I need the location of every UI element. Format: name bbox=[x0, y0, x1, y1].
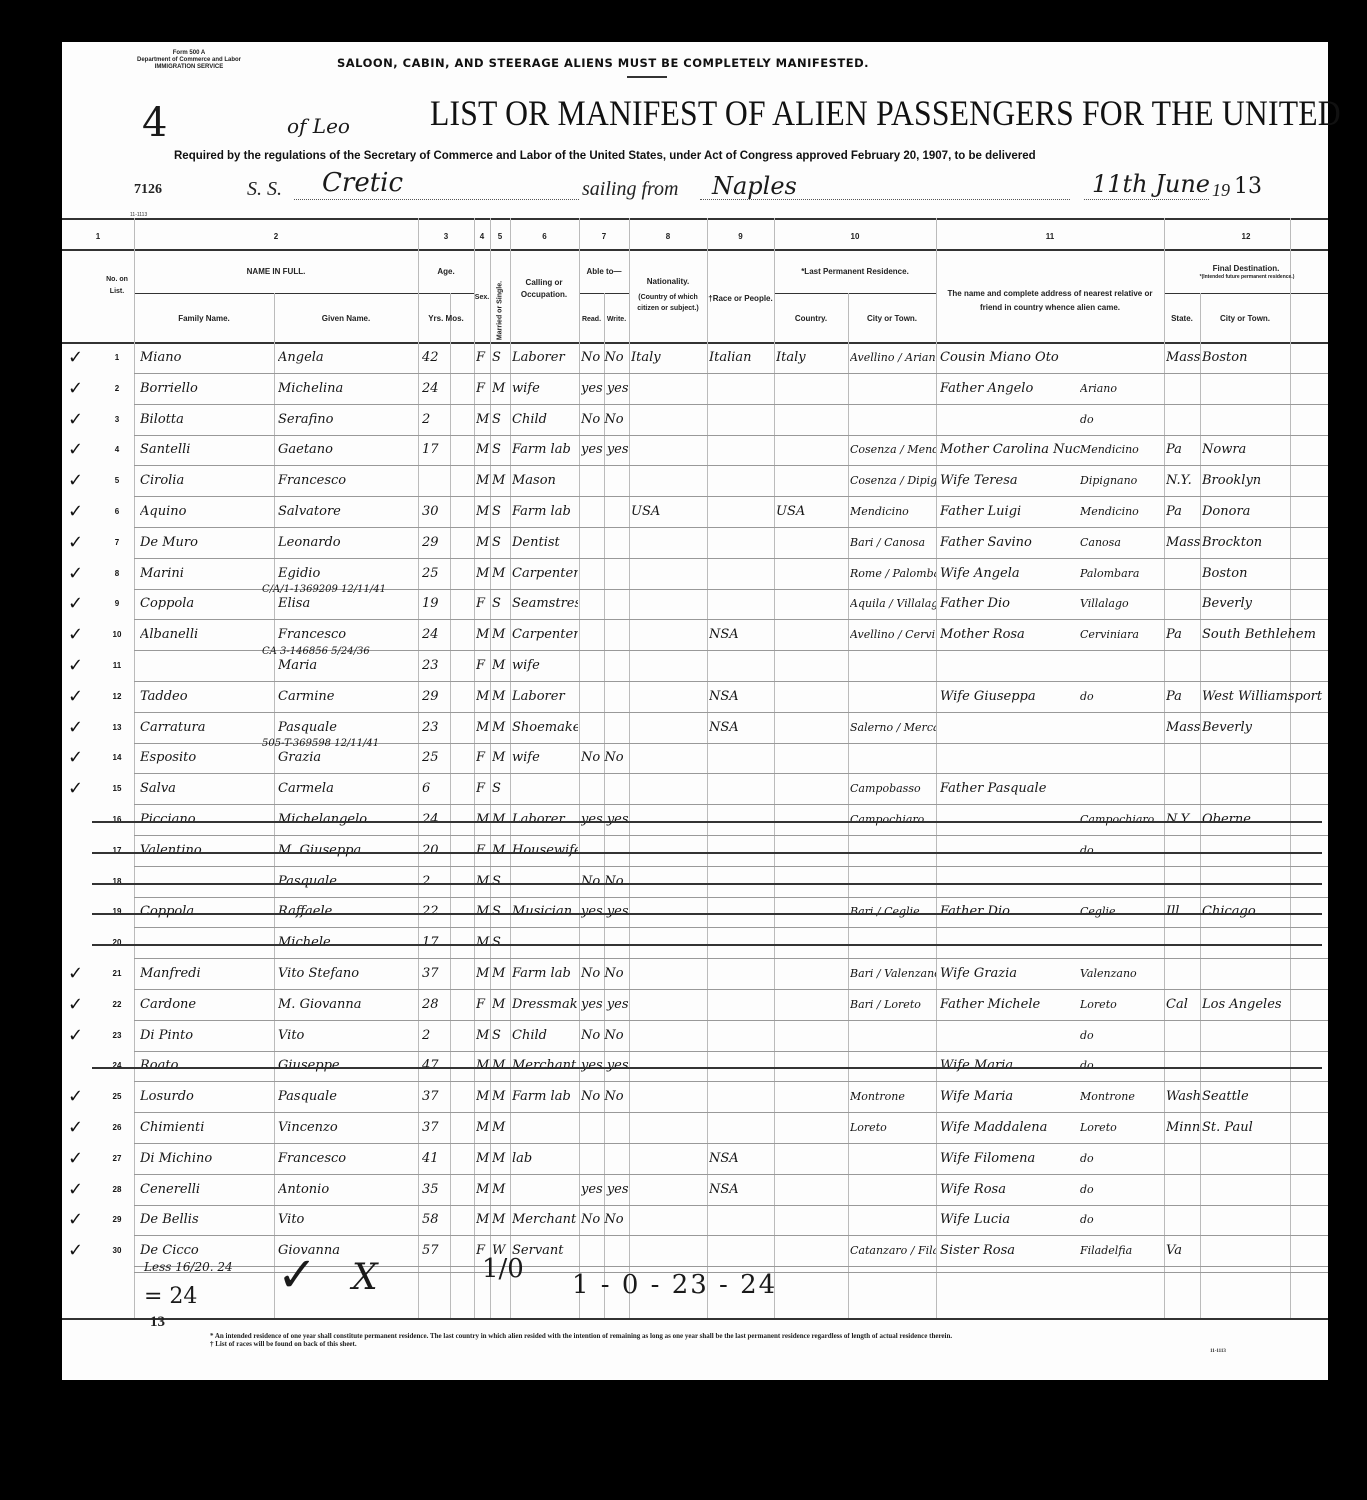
relative-town: Ariano bbox=[1080, 378, 1164, 400]
row-number: 29 bbox=[102, 1209, 132, 1231]
age: 37 bbox=[422, 963, 452, 985]
occupation: Housewife bbox=[512, 840, 578, 862]
manifest-banner: SALOON, CABIN, AND STEERAGE ALIENS MUST … bbox=[337, 56, 869, 70]
row-rule bbox=[134, 1143, 1328, 1144]
nearest-relative: Father Luigi bbox=[940, 501, 1080, 523]
destination-city: Chicago bbox=[1202, 901, 1326, 923]
given-name: Vincenzo bbox=[278, 1117, 416, 1139]
residence-country bbox=[776, 963, 848, 985]
nationality bbox=[631, 563, 707, 585]
nationality bbox=[631, 963, 707, 985]
table-row: ✓8MariniEgidio25MMCarpenterRome / Palomb… bbox=[62, 561, 1328, 586]
destination-city: Brooklyn bbox=[1202, 470, 1326, 492]
race bbox=[709, 1117, 773, 1139]
check-mark-icon: ✓ bbox=[68, 994, 92, 1016]
sex: M bbox=[476, 809, 490, 831]
marital-status: S bbox=[492, 532, 510, 554]
table-row: ✓1MianoAngela42FSLaborerNo NoItalyItalia… bbox=[62, 345, 1328, 370]
relative-town: do bbox=[1080, 1055, 1164, 1077]
page-note: of Leo bbox=[287, 114, 350, 138]
read-write bbox=[581, 1148, 629, 1170]
sex: M bbox=[476, 1025, 490, 1047]
residence-country: USA bbox=[776, 501, 848, 523]
row-rule bbox=[134, 1020, 1328, 1021]
check-mark-icon: ✓ bbox=[68, 347, 92, 369]
row-number: 24 bbox=[102, 1055, 132, 1077]
family-name: Taddeo bbox=[140, 686, 272, 708]
row-number: 9 bbox=[102, 593, 132, 615]
residence-country bbox=[776, 840, 848, 862]
age: 22 bbox=[422, 901, 452, 923]
inspector-initials: X bbox=[352, 1257, 378, 1298]
row-rule bbox=[134, 897, 1328, 898]
destination-split-rule bbox=[1164, 293, 1328, 294]
nationality bbox=[631, 809, 707, 831]
page-title: LIST OR MANIFEST OF ALIEN PASSENGERS FOR… bbox=[430, 92, 1341, 134]
destination-city: South Bethlehem bbox=[1202, 624, 1326, 646]
row-number: 2 bbox=[102, 378, 132, 400]
residence-country bbox=[776, 686, 848, 708]
residence-city: Avellino / Ariano bbox=[850, 347, 936, 369]
destination-city: Los Angeles bbox=[1202, 994, 1326, 1016]
relative-town: Mendicino bbox=[1080, 501, 1164, 523]
age: 20 bbox=[422, 840, 452, 862]
race: NSA bbox=[709, 686, 773, 708]
occupation: wife bbox=[512, 378, 578, 400]
table-row: ✓6AquinoSalvatore30MSFarm labUSAUSAMendi… bbox=[62, 499, 1328, 524]
nationality bbox=[631, 655, 707, 677]
family-name: Salva bbox=[140, 778, 272, 800]
residence-country bbox=[776, 809, 848, 831]
family-name: Borriello bbox=[140, 378, 272, 400]
table-row: ✓2BorrielloMichelina24FMwifeyes yesFathe… bbox=[62, 376, 1328, 401]
family-name: Marini bbox=[140, 563, 272, 585]
destination-city bbox=[1202, 1025, 1326, 1047]
marital-status: S bbox=[492, 901, 510, 923]
destination-city bbox=[1202, 963, 1326, 985]
race bbox=[709, 532, 773, 554]
check-mark-icon bbox=[68, 932, 92, 954]
residence-city bbox=[850, 1148, 936, 1170]
nearest-relative bbox=[940, 717, 1080, 739]
race bbox=[709, 378, 773, 400]
destination-state bbox=[1166, 563, 1200, 585]
banner-rule bbox=[627, 76, 667, 78]
race: NSA bbox=[709, 624, 773, 646]
given-name: Vito Stefano bbox=[278, 963, 416, 985]
residence-city: Rome / Palombara bbox=[850, 563, 936, 585]
age: 57 bbox=[422, 1240, 452, 1262]
destination-city bbox=[1202, 932, 1326, 954]
sex: F bbox=[476, 347, 490, 369]
nearest-relative bbox=[940, 747, 1080, 769]
relative-town: Loreto bbox=[1080, 1117, 1164, 1139]
residence-country bbox=[776, 1117, 848, 1139]
relative-town: Filadelfia bbox=[1080, 1240, 1164, 1262]
nearest-relative: Wife Teresa bbox=[940, 470, 1080, 492]
read-write bbox=[581, 1117, 629, 1139]
read-write: No No bbox=[581, 963, 629, 985]
family-name: Esposito bbox=[140, 747, 272, 769]
relative-town: do bbox=[1080, 1148, 1164, 1170]
read-write bbox=[581, 532, 629, 554]
age: 29 bbox=[422, 532, 452, 554]
nationality bbox=[631, 1240, 707, 1262]
table-row: 16PiccianoMichelangelo24MMLaboreryes yes… bbox=[62, 807, 1328, 832]
occupation: Dentist bbox=[512, 532, 578, 554]
table-row: ✓30De CiccoGiovanna57FWServantCatanzaro … bbox=[62, 1238, 1328, 1263]
relative-town: Ceglie bbox=[1080, 901, 1164, 923]
race bbox=[709, 747, 773, 769]
row-number: 19 bbox=[102, 901, 132, 923]
nearest-relative bbox=[940, 1025, 1080, 1047]
marital-status: M bbox=[492, 1117, 510, 1139]
given-name: Giuseppe bbox=[278, 1055, 416, 1077]
nationality bbox=[631, 932, 707, 954]
occupation: Mason bbox=[512, 470, 578, 492]
marital-status: S bbox=[492, 871, 510, 893]
service-name: IMMIGRATION SERVICE bbox=[134, 64, 244, 71]
check-mark-icon: ✓ bbox=[68, 563, 92, 585]
nearest-relative: Father Savino bbox=[940, 532, 1080, 554]
family-name: De Muro bbox=[140, 532, 272, 554]
age: 24 bbox=[422, 809, 452, 831]
row-number: 4 bbox=[102, 439, 132, 461]
marital-status: M bbox=[492, 1086, 510, 1108]
read-write: yes yes bbox=[581, 1055, 629, 1077]
age: 2 bbox=[422, 871, 452, 893]
row-rule bbox=[134, 1174, 1328, 1175]
header-relative: The name and complete address of nearest… bbox=[942, 287, 1158, 315]
col-num-12: 12 bbox=[1164, 232, 1328, 241]
tally-fraction: 1/0 bbox=[482, 1254, 524, 1284]
relative-town bbox=[1080, 717, 1164, 739]
destination-city: Boston bbox=[1202, 563, 1326, 585]
destination-state bbox=[1166, 1025, 1200, 1047]
row-rule bbox=[134, 712, 1328, 713]
table-row: ✓25LosurdoPasquale37MMFarm labNo NoMontr… bbox=[62, 1084, 1328, 1109]
sex: M bbox=[476, 501, 490, 523]
read-write bbox=[581, 686, 629, 708]
col-num-10: 10 bbox=[774, 232, 936, 241]
race bbox=[709, 840, 773, 862]
age: 6 bbox=[422, 778, 452, 800]
family-name: Miano bbox=[140, 347, 272, 369]
race: NSA bbox=[709, 717, 773, 739]
residence-city bbox=[850, 378, 936, 400]
residence-country bbox=[776, 1086, 848, 1108]
clerk-annotation: C/A/1-1369209 12/11/41 bbox=[262, 579, 622, 601]
family-name: Santelli bbox=[140, 439, 272, 461]
check-mark-icon: ✓ bbox=[68, 593, 92, 615]
age: 17 bbox=[422, 439, 452, 461]
age: 2 bbox=[422, 1025, 452, 1047]
sex: M bbox=[476, 932, 490, 954]
marital-status: M bbox=[492, 963, 510, 985]
family-name: Coppola bbox=[140, 901, 272, 923]
row-rule bbox=[134, 496, 1328, 497]
table-row: ✓7De MuroLeonardo29MSDentistBari / Canos… bbox=[62, 530, 1328, 555]
residence-country bbox=[776, 409, 848, 431]
given-name: Antonio bbox=[278, 1179, 416, 1201]
destination-state bbox=[1166, 871, 1200, 893]
destination-state bbox=[1166, 1055, 1200, 1077]
sex: F bbox=[476, 994, 490, 1016]
nationality bbox=[631, 593, 707, 615]
residence-city: Campobasso bbox=[850, 778, 936, 800]
year-suffix: 13 bbox=[1234, 174, 1262, 199]
destination-city bbox=[1202, 840, 1326, 862]
header-calling: Calling or Occupation. bbox=[514, 277, 574, 301]
read-write: No No bbox=[581, 409, 629, 431]
row-rule bbox=[134, 558, 1328, 559]
occupation bbox=[512, 871, 578, 893]
tally-counts: 1 - 0 - 23 - 24 bbox=[572, 1270, 777, 1300]
sex: M bbox=[476, 1209, 490, 1231]
col-num-7: 7 bbox=[579, 232, 629, 241]
sex: M bbox=[476, 439, 490, 461]
marital-status: M bbox=[492, 470, 510, 492]
family-name: Manfredi bbox=[140, 963, 272, 985]
family-name: Coppola bbox=[140, 593, 272, 615]
family-name bbox=[140, 871, 272, 893]
residence-country bbox=[776, 717, 848, 739]
row-number: 21 bbox=[102, 963, 132, 985]
nearest-relative: Father Angelo bbox=[940, 378, 1080, 400]
table-row: ✓5CiroliaFrancescoMMMasonCosenza / Dipig… bbox=[62, 468, 1328, 493]
destination-state: N.Y. bbox=[1166, 470, 1200, 492]
race bbox=[709, 1086, 773, 1108]
marital-status: S bbox=[492, 439, 510, 461]
col-num-2: 2 bbox=[134, 232, 418, 241]
destination-city: Seattle bbox=[1202, 1086, 1326, 1108]
row-rule bbox=[134, 681, 1328, 682]
occupation: Laborer bbox=[512, 686, 578, 708]
nationality bbox=[631, 840, 707, 862]
residence-country bbox=[776, 563, 848, 585]
destination-state: Minn bbox=[1166, 1117, 1200, 1139]
table-row: 20Michele17MS bbox=[62, 930, 1328, 955]
given-name: Carmine bbox=[278, 686, 416, 708]
row-rule bbox=[134, 435, 1328, 436]
nationality bbox=[631, 778, 707, 800]
check-mark-icon: ✓ bbox=[68, 470, 92, 492]
destination-city: Brockton bbox=[1202, 532, 1326, 554]
destination-city: Beverly bbox=[1202, 593, 1326, 615]
family-name: Roato bbox=[140, 1055, 272, 1077]
relative-town: Loreto bbox=[1080, 994, 1164, 1016]
header-country: Country. bbox=[774, 314, 848, 323]
relative-town: Valenzano bbox=[1080, 963, 1164, 985]
destination-state bbox=[1166, 778, 1200, 800]
race bbox=[709, 932, 773, 954]
nearest-relative: Mother Carolina Nuccio bbox=[940, 439, 1080, 461]
age: 37 bbox=[422, 1117, 452, 1139]
race bbox=[709, 963, 773, 985]
sex: M bbox=[476, 409, 490, 431]
race bbox=[709, 593, 773, 615]
residence-city: Campochiaro bbox=[850, 809, 936, 831]
sailing-label: sailing from bbox=[582, 178, 679, 201]
row-rule bbox=[134, 527, 1328, 528]
residence-country bbox=[776, 470, 848, 492]
check-mark-icon bbox=[68, 901, 92, 923]
relative-town: do bbox=[1080, 1025, 1164, 1047]
marital-status: M bbox=[492, 1148, 510, 1170]
table-row: ✓4SantelliGaetano17MSFarm labyes yesCose… bbox=[62, 437, 1328, 462]
destination-state: Pa bbox=[1166, 624, 1200, 646]
ss-label: S. S. bbox=[247, 178, 282, 201]
relative-town bbox=[1080, 655, 1164, 677]
column-number-rule bbox=[62, 249, 1328, 251]
header-top-rule bbox=[62, 218, 1328, 220]
read-write: yes yes bbox=[581, 378, 629, 400]
race bbox=[709, 501, 773, 523]
table-row: ✓21ManfrediVito Stefano37MMFarm labNo No… bbox=[62, 961, 1328, 986]
nationality bbox=[631, 994, 707, 1016]
age: 30 bbox=[422, 501, 452, 523]
read-write bbox=[581, 840, 629, 862]
row-rule bbox=[134, 404, 1328, 405]
residence-country bbox=[776, 532, 848, 554]
strikethrough-line bbox=[92, 944, 1322, 946]
residence-city bbox=[850, 409, 936, 431]
row-number: 8 bbox=[102, 563, 132, 585]
residence-city: Cosenza / Dipignano bbox=[850, 470, 936, 492]
read-write: yes yes bbox=[581, 901, 629, 923]
given-name: Salvatore bbox=[278, 501, 416, 523]
destination-state bbox=[1166, 1209, 1200, 1231]
residence-country bbox=[776, 901, 848, 923]
residence-country bbox=[776, 624, 848, 646]
form-identifier: Form 500 A Department of Commerce and La… bbox=[134, 50, 244, 71]
row-number: 27 bbox=[102, 1148, 132, 1170]
check-mark-icon: ✓ bbox=[68, 1117, 92, 1139]
name-split-rule bbox=[134, 293, 474, 294]
destination-state: Pa bbox=[1166, 686, 1200, 708]
relative-town: Cerviniara bbox=[1080, 624, 1164, 646]
check-mark-icon bbox=[68, 1055, 92, 1077]
nationality bbox=[631, 901, 707, 923]
destination-city bbox=[1202, 1240, 1326, 1262]
nationality bbox=[631, 1179, 707, 1201]
residence-country bbox=[776, 439, 848, 461]
marital-status: S bbox=[492, 501, 510, 523]
strikethrough-line bbox=[92, 821, 1322, 823]
age: 24 bbox=[422, 378, 452, 400]
nearest-relative: Wife Giuseppa bbox=[940, 686, 1080, 708]
destination-city bbox=[1202, 409, 1326, 431]
destination-state bbox=[1166, 747, 1200, 769]
header-last-residence: *Last Permanent Residence. bbox=[774, 267, 936, 276]
total-count: = 24 bbox=[144, 1284, 197, 1309]
residence-country bbox=[776, 1148, 848, 1170]
race bbox=[709, 1209, 773, 1231]
occupation: lab bbox=[512, 1148, 578, 1170]
given-name: Angela bbox=[278, 347, 416, 369]
sex: M bbox=[476, 686, 490, 708]
destination-state: Pa bbox=[1166, 439, 1200, 461]
relative-town: Villalago bbox=[1080, 593, 1164, 615]
residence-split-rule bbox=[774, 293, 936, 294]
check-mark-icon bbox=[68, 809, 92, 831]
nationality bbox=[631, 624, 707, 646]
residence-country bbox=[776, 994, 848, 1016]
row-rule bbox=[134, 773, 1328, 774]
occupation bbox=[512, 1117, 578, 1139]
sex: F bbox=[476, 778, 490, 800]
relative-town bbox=[1080, 932, 1164, 954]
family-name: Losurdo bbox=[140, 1086, 272, 1108]
age: 58 bbox=[422, 1209, 452, 1231]
residence-city bbox=[850, 1209, 936, 1231]
col-num-3: 3 bbox=[418, 232, 474, 241]
row-number: 7 bbox=[102, 532, 132, 554]
age: 35 bbox=[422, 1179, 452, 1201]
marital-status: S bbox=[492, 932, 510, 954]
nearest-relative: Wife Lucia bbox=[940, 1209, 1080, 1231]
given-name: Michelina bbox=[278, 378, 416, 400]
strikethrough-line bbox=[92, 1067, 1322, 1069]
clerk-annotation: 505-T-369598 12/11/41 bbox=[262, 733, 622, 755]
row-number: 20 bbox=[102, 932, 132, 954]
nearest-relative bbox=[940, 871, 1080, 893]
read-write bbox=[581, 778, 629, 800]
age bbox=[422, 470, 452, 492]
destination-state bbox=[1166, 378, 1200, 400]
destination-city: St. Paul bbox=[1202, 1117, 1326, 1139]
nearest-relative: Father Dio bbox=[940, 901, 1080, 923]
nationality bbox=[631, 470, 707, 492]
occupation: Farm lab bbox=[512, 501, 578, 523]
residence-city bbox=[850, 747, 936, 769]
family-name: Chimienti bbox=[140, 1117, 272, 1139]
age: 17 bbox=[422, 932, 452, 954]
relative-town: Palombara bbox=[1080, 563, 1164, 585]
destination-state bbox=[1166, 593, 1200, 615]
race bbox=[709, 901, 773, 923]
destination-state bbox=[1166, 1179, 1200, 1201]
nearest-relative bbox=[940, 809, 1080, 831]
header-age: Age. bbox=[418, 267, 474, 276]
row-number: 18 bbox=[102, 871, 132, 893]
given-name: Michele bbox=[278, 932, 416, 954]
residence-city: Bari / Loreto bbox=[850, 994, 936, 1016]
row-rule bbox=[134, 927, 1328, 928]
row-number: 17 bbox=[102, 840, 132, 862]
race: NSA bbox=[709, 1148, 773, 1170]
row-number: 28 bbox=[102, 1179, 132, 1201]
destination-city bbox=[1202, 378, 1326, 400]
header-final-destination-sub: *(Intended future permanent residence.) bbox=[1192, 274, 1302, 280]
table-row: ✓28CenerelliAntonio35MMyes yesNSAWife Ro… bbox=[62, 1177, 1328, 1202]
row-rule bbox=[134, 1051, 1328, 1052]
destination-state bbox=[1166, 655, 1200, 677]
race bbox=[709, 470, 773, 492]
destination-state: Mass bbox=[1166, 717, 1200, 739]
read-write: yes yes bbox=[581, 439, 629, 461]
relative-town bbox=[1080, 778, 1164, 800]
nearest-relative bbox=[940, 655, 1080, 677]
destination-city bbox=[1202, 1055, 1326, 1077]
row-number: 10 bbox=[102, 624, 132, 646]
row-rule bbox=[134, 866, 1328, 867]
check-mark-icon: ✓ bbox=[68, 501, 92, 523]
residence-country bbox=[776, 871, 848, 893]
table-row: ✓9CoppolaElisa19FSSeamstressAquila / Vil… bbox=[62, 591, 1328, 616]
occupation: Merchant bbox=[512, 1055, 578, 1077]
family-name: Aquino bbox=[140, 501, 272, 523]
